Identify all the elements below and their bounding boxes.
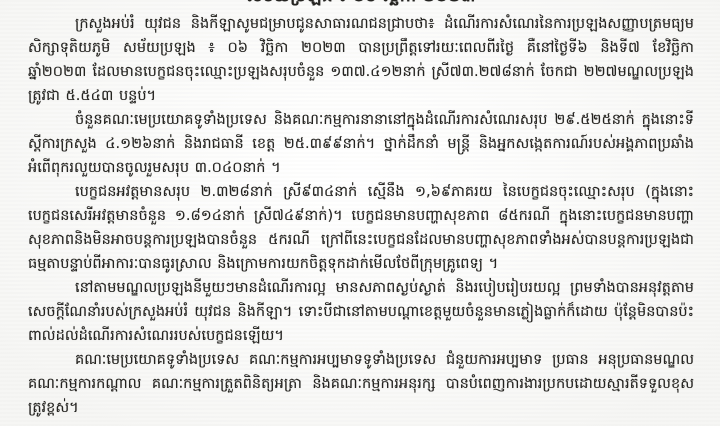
- paragraph-committees-clipped: គណៈមេប្រយោគទូទាំងប្រទេស គណៈកម្មការអប្បមា…: [28, 348, 694, 420]
- paragraph-exam-centers-conditions: នៅតាមមណ្ឌលប្រឡងនីមួយៗមានដំណើរការល្អ មានស…: [28, 276, 694, 348]
- paragraph-absentees-health: បេក្ខជនអវត្តមានសរុប ២.៣២៨នាក់ ស្រី៩៣៤នាក…: [28, 180, 694, 276]
- paragraph-exam-overview: ក្រសួងអប់រំ យុវជន និងកីឡាសូមជម្រាបជូនសាធ…: [28, 12, 694, 108]
- document-body: ក្រសួងអប់រំ យុវជន និងកីឡាសូមជម្រាបជូនសាធ…: [28, 12, 694, 420]
- document-title: សម័យប្រឡង ៖ ០៦ វិច្ឆិកា ២០២៣: [28, 0, 694, 7]
- paragraph-invigilator-counts: ចំនួនគណៈមេប្រយោគទូទាំងប្រទេស និងគណៈកម្មក…: [28, 108, 694, 180]
- scanned-document-page: សម័យប្រឡង ៖ ០៦ វិច្ឆិកា ២០២៣ ក្រសួងអប់រំ…: [0, 0, 720, 426]
